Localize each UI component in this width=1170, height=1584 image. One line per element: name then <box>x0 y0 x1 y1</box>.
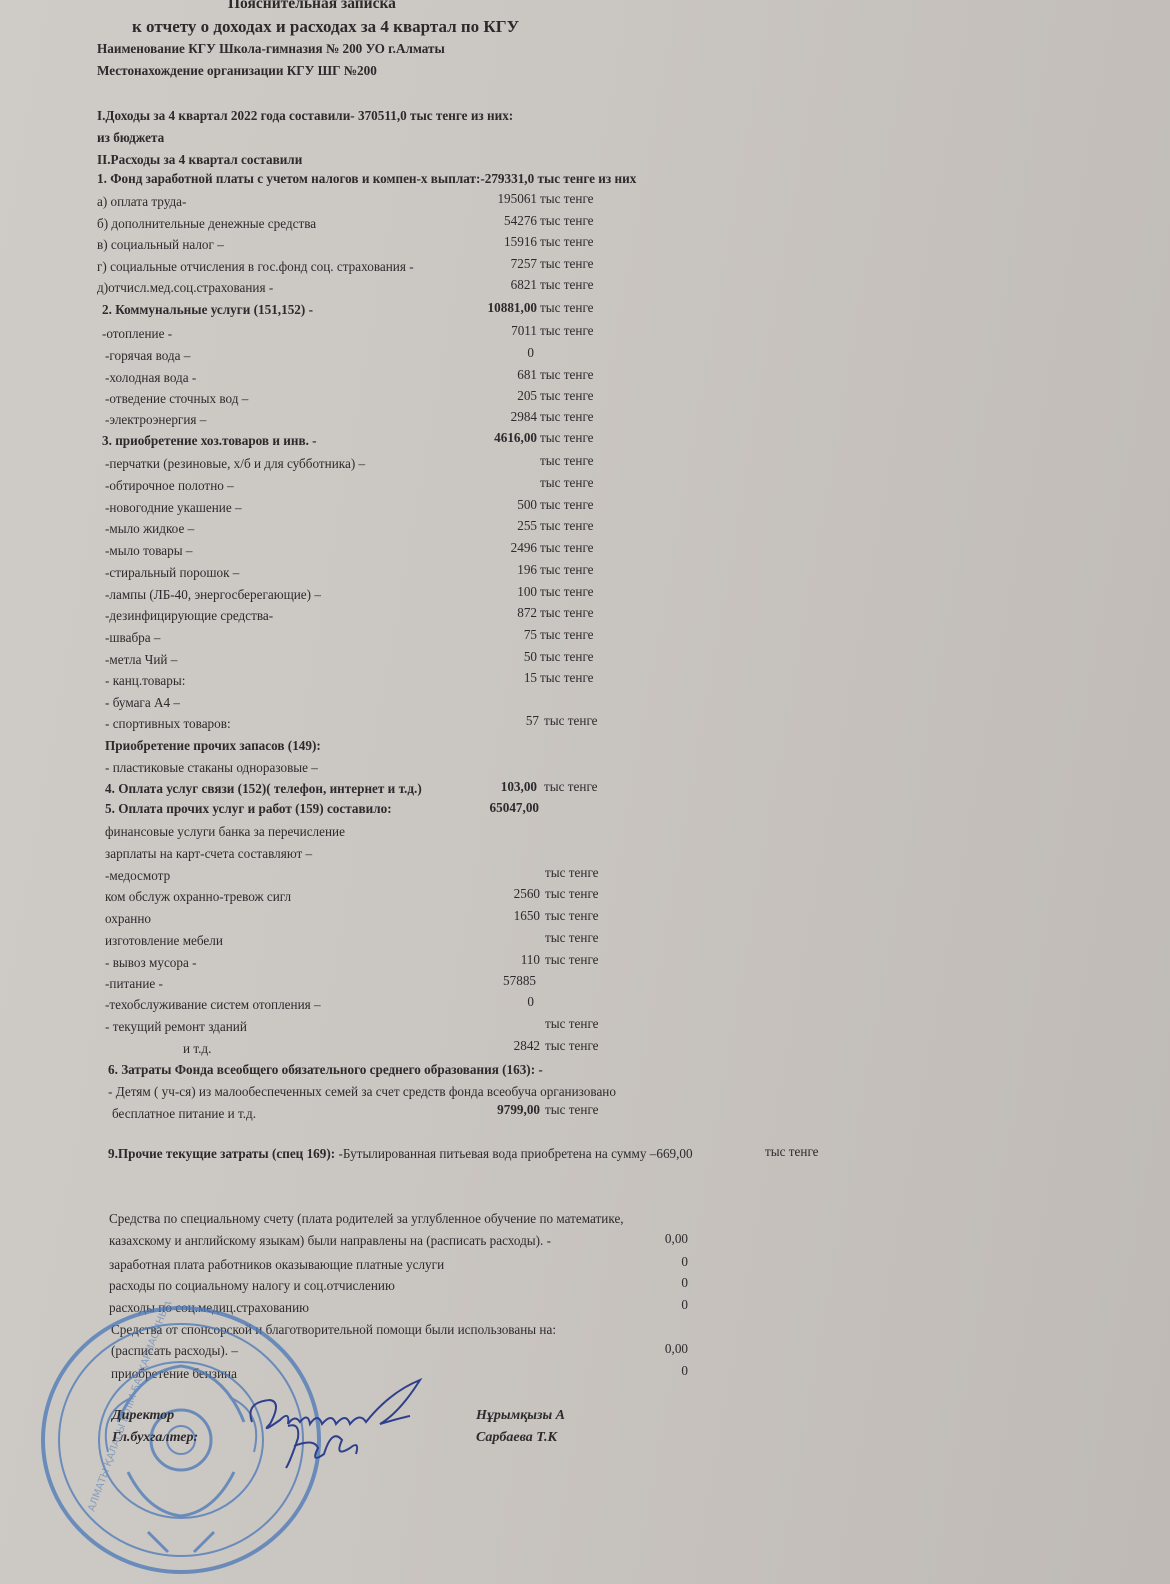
section4-unit: тыс тенге <box>544 779 598 795</box>
supply-row-unit: тыс тенге <box>540 584 594 600</box>
document-title: Пояснительная записка <box>228 0 396 12</box>
accountant-name: Сарбаева Т.К <box>476 1430 557 1446</box>
supply-row-unit: тыс тенге <box>540 453 594 469</box>
service-row-label: -техобслуживание систем отопления – <box>105 997 321 1013</box>
service-row-unit: тыс тенге <box>545 930 599 946</box>
salary-row-value: 6821 <box>417 277 537 293</box>
utility-row-unit: тыс тенге <box>540 367 594 383</box>
section5-total: 65047,00 <box>419 800 539 816</box>
supply-row-label: -швабра – <box>105 630 161 646</box>
supply-row-unit: тыс тенге <box>540 627 594 643</box>
section6-line2: бесплатное питание и т.д. <box>112 1106 256 1122</box>
organization-name: Наименование КГУ Школа-гимназия № 200 УО… <box>97 41 445 57</box>
salary-row-label: б) дополнительные денежные средства <box>97 216 316 232</box>
section2-unit: тыс тенге <box>540 300 594 316</box>
supply-row-value: 255 <box>417 518 537 534</box>
supply-row-value: 57 <box>419 713 539 729</box>
salary-row-unit: тыс тенге <box>540 277 594 293</box>
sponsorship-row-value: 0 <box>568 1363 688 1379</box>
service-row-label: -питание - <box>105 976 163 992</box>
salary-row-value: 15916 <box>417 234 537 250</box>
income-from-budget: из бюджета <box>97 130 164 146</box>
utility-row-value: 205 <box>417 388 537 404</box>
expenses-title: II.Расходы за 4 квартал составили <box>97 152 302 168</box>
service-row-label: - текущий ремонт зданий <box>105 1019 247 1035</box>
section6-title: 6. Затраты Фонда всеобщего обязательного… <box>108 1062 543 1078</box>
utility-row-label: -отопление - <box>102 326 172 342</box>
special-account-line1: Средства по специальному счету (плата ро… <box>109 1211 624 1227</box>
section5-title: 5. Оплата прочих услуг и работ (159) сос… <box>105 801 392 817</box>
service-row-unit: тыс тенге <box>545 865 599 881</box>
supply-row-value: 15 <box>417 670 537 686</box>
supply-row-value: 500 <box>417 497 537 513</box>
salary-row-label: д)отчисл.мед.соц.страхования - <box>97 280 273 296</box>
supply-row-label: -лампы (ЛБ-40, энергосберегающие) – <box>105 587 321 603</box>
section1-title: 1. Фонд заработной платы с учетом налого… <box>97 171 636 187</box>
utility-row-unit: тыс тенге <box>540 388 594 404</box>
supply-row-unit: тыс тенге <box>540 605 594 621</box>
director-label: Директор <box>112 1408 174 1424</box>
supply-row-value: 50 <box>417 649 537 665</box>
supply-row-unit: тыс тенге <box>544 713 598 729</box>
supply-row-unit: тыс тенге <box>540 518 594 534</box>
service-row-unit: тыс тенге <box>545 1038 599 1054</box>
supply-row-label: -перчатки (резиновые, х/б и для субботни… <box>105 456 365 472</box>
supply-row-unit: тыс тенге <box>540 670 594 686</box>
special-account-row-value: 0 <box>568 1254 688 1270</box>
utility-row-value: 7011 <box>417 323 537 339</box>
service-row-label: охранно <box>105 911 151 927</box>
section2-title: 2. Коммунальные услуги (151,152) - <box>102 302 313 318</box>
section4-title: 4. Оплата услуг связи (152)( телефон, ин… <box>105 781 422 797</box>
service-row-label: ком обслуж охранно-тревож сигл <box>105 889 291 905</box>
service-row-label: - вывоз мусора - <box>105 955 197 971</box>
supply-row-unit: тыс тенге <box>540 475 594 491</box>
supply-row-label: -обтирочное полотно – <box>105 478 234 494</box>
supply-row-label: -мыло жидкое – <box>105 521 194 537</box>
supply-row-unit: тыс тенге <box>540 562 594 578</box>
utility-row-value: 0 <box>414 345 534 361</box>
supply-row-label: -мыло товары – <box>105 543 193 559</box>
service-row-unit: тыс тенге <box>545 886 599 902</box>
supply-row-value: 196 <box>417 562 537 578</box>
service-row-label: и т.д. <box>183 1041 211 1057</box>
service-row-unit: тыс тенге <box>545 1016 599 1032</box>
service-row-value: 57885 <box>416 973 536 989</box>
salary-row-label: а) оплата труда- <box>97 194 186 210</box>
service-row-value: 110 <box>420 952 540 968</box>
service-row-value: 2560 <box>420 886 540 902</box>
section3-title: 3. приобретение хоз.товаров и инв. - <box>102 433 317 449</box>
special-account-row-label: расходы по социальному налогу и соц.отчи… <box>109 1278 395 1294</box>
utility-row-value: 2984 <box>417 409 537 425</box>
salary-row-label: в) социальный налог – <box>97 237 224 253</box>
supply-row-value: 2496 <box>417 540 537 556</box>
service-row-value: 2842 <box>420 1038 540 1054</box>
utility-row-label: -отведение сточных вод – <box>105 391 248 407</box>
bank-services-line2: зарплаты на карт-счета составляют – <box>105 846 312 862</box>
section3-total: 4616,00 <box>417 430 537 446</box>
service-row-value: 0 <box>414 994 534 1010</box>
salary-row-unit: тыс тенге <box>540 234 594 250</box>
section9-unit: тыс тенге <box>765 1144 819 1160</box>
salary-row-value: 195061 <box>417 191 537 207</box>
salary-row-unit: тыс тенге <box>540 213 594 229</box>
other-stock-title: Приобретение прочих запасов (149): <box>105 738 321 754</box>
special-account-row-value: 0 <box>568 1297 688 1313</box>
supply-row-value: 872 <box>417 605 537 621</box>
special-account-row-value: 0 <box>568 1275 688 1291</box>
salary-row-unit: тыс тенге <box>540 191 594 207</box>
section6-unit: тыс тенге <box>545 1102 599 1118</box>
section9-text: -Бутылированная питьевая вода приобретен… <box>335 1146 692 1161</box>
bank-services-line1: финансовые услуги банка за перечисление <box>105 824 345 840</box>
director-name: Нұрымқызы А <box>476 1408 565 1424</box>
supply-row-value: 100 <box>417 584 537 600</box>
supply-row-label: - канц.товары: <box>105 673 185 689</box>
organization-location: Местонахождение организации КГУ ШГ №200 <box>97 63 377 79</box>
supply-row-value: 75 <box>417 627 537 643</box>
supply-row-label: -метла Чий – <box>105 652 177 668</box>
service-row-label: -медосмотр <box>105 868 170 884</box>
section6-line1: - Детям ( уч-ся) из малообеспеченных сем… <box>108 1084 616 1100</box>
special-account-total: 0,00 <box>568 1231 688 1247</box>
utility-row-unit: тыс тенге <box>540 323 594 339</box>
document-page: Пояснительная записка к отчету о доходах… <box>0 0 1170 1584</box>
section9-title: 9.Прочие текущие затраты (спец 169): <box>108 1146 335 1161</box>
section4-total: 103,00 <box>417 779 537 795</box>
service-row-label: изготовление мебели <box>105 933 223 949</box>
utility-row-label: -горячая вода – <box>105 348 190 364</box>
utility-row-value: 681 <box>417 367 537 383</box>
document-subtitle: к отчету о доходах и расходах за 4 кварт… <box>132 19 519 35</box>
supply-row-label: -стиральный порошок – <box>105 565 239 581</box>
salary-row-value: 7257 <box>417 256 537 272</box>
utility-row-label: -электроэнергия – <box>105 412 206 428</box>
supply-row-unit: тыс тенге <box>540 649 594 665</box>
supply-row-unit: тыс тенге <box>540 540 594 556</box>
special-account-line2: казахскому и английскому языкам) были на… <box>109 1233 551 1249</box>
salary-row-unit: тыс тенге <box>540 256 594 272</box>
service-row-unit: тыс тенге <box>545 952 599 968</box>
section6-total: 9799,00 <box>420 1102 540 1118</box>
special-account-row-label: заработная плата работников оказывающие … <box>109 1257 444 1273</box>
utility-row-label: -холодная вода - <box>105 370 196 386</box>
sponsorship-total: 0,00 <box>568 1341 688 1357</box>
accountant-signature-icon <box>280 1418 370 1474</box>
accountant-label: Гл.бухгалтер: <box>112 1430 198 1446</box>
supply-row-label: -новогодние укашение – <box>105 500 242 516</box>
salary-row-label: г) социальные отчисления в гос.фонд соц.… <box>97 259 414 275</box>
section9-line: 9.Прочие текущие затраты (спец 169): -Бу… <box>108 1146 693 1162</box>
supply-row-label: -дезинфицирующие средства- <box>105 608 273 624</box>
service-row-unit: тыс тенге <box>545 908 599 924</box>
service-row-value: 1650 <box>420 908 540 924</box>
section2-total: 10881,00 <box>417 300 537 316</box>
other-stock-item: - пластиковые стаканы одноразовые – <box>105 760 318 776</box>
supply-row-label: - спортивных товаров: <box>105 716 231 732</box>
supply-row-unit: тыс тенге <box>540 497 594 513</box>
supply-row-label: - бумага А4 – <box>105 695 180 711</box>
utility-row-unit: тыс тенге <box>540 409 594 425</box>
section3-unit: тыс тенге <box>540 430 594 446</box>
income-line: I.Доходы за 4 квартал 2022 года составил… <box>97 108 513 124</box>
salary-row-value: 54276 <box>417 213 537 229</box>
